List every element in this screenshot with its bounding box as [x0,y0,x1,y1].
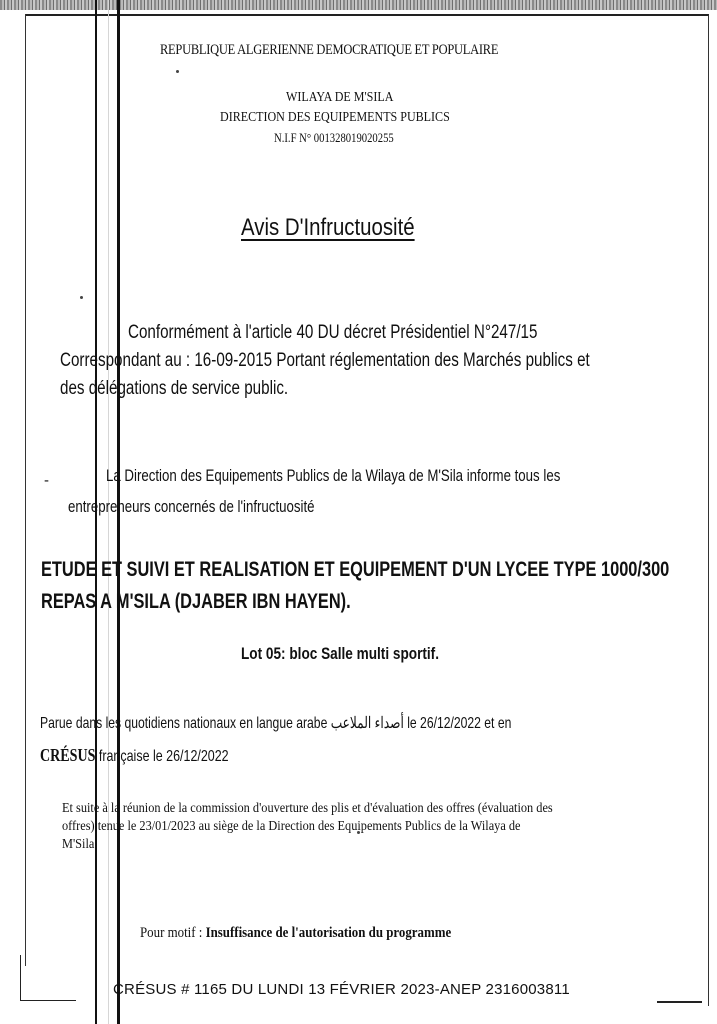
frame-corner-bottom-left-vertical [20,955,21,1001]
motif-reason-rest: de l'autorisation du programme [272,925,451,941]
motif-label: Pour motif : [140,925,206,941]
header-wilaya: WILAYA DE M'SILA [286,90,393,106]
publication-line-2-rest: française le 26/12/2022 [95,748,228,765]
footer-reference: CRÉSUS # 1165 DU LUNDI 13 FÉVRIER 2023-A… [113,981,570,998]
notice-line-1: La Direction des Equipements Publics de … [106,466,560,486]
project-title-line-1: ETUDE ET SUIVI ET REALISATION ET EQUIPEM… [41,558,669,582]
notice-bullet: - [44,472,49,489]
scan-speck [176,70,179,73]
commission-line-2: offres) tenue le 23/01/2023 au siège de … [62,819,521,835]
document-frame-left-edge [25,14,26,966]
commission-line-1: Et suite à la réunion de la commission d… [62,801,553,817]
notice-line-2: entrepreneurs concernés de l'infructuosi… [68,497,315,517]
newspaper-name: CRÉSUS [40,745,95,765]
motif-reason-bold: Insuffisance [206,925,273,941]
page-title: Avis D'Infructuosité [241,214,415,242]
motif-line: Pour motif : Insuffisance de l'autorisat… [140,925,451,942]
commission-line-3: M'Sila [62,837,94,853]
frame-corner-bottom-right [657,1001,702,1003]
project-title-line-2: REPAS A M'SILA (DJABER IBN HAYEN). [41,590,351,614]
scan-speck [80,296,83,299]
publication-line-1: Parue dans les quotidiens nationaux en l… [40,713,511,733]
lot-label: Lot 05: bloc Salle multi sportif. [241,644,439,664]
header-nif: N.I.F N° 001328019020255 [274,130,394,146]
header-direction: DIRECTION DES EQUIPEMENTS PUBLICS [220,110,450,126]
intro-line-2: Correspondant au : 16-09-2015 Portant ré… [60,350,590,372]
frame-corner-bottom-left [20,1000,76,1001]
publication-line-2: CRÉSUS française le 26/12/2022 [40,745,229,766]
intro-line-1: Conformément à l'article 40 DU décret Pr… [128,322,537,344]
header-republic: REPUBLIQUE ALGERIENNE DEMOCRATIQUE ET PO… [160,42,498,59]
intro-line-3: des délégations de service public. [60,378,288,400]
